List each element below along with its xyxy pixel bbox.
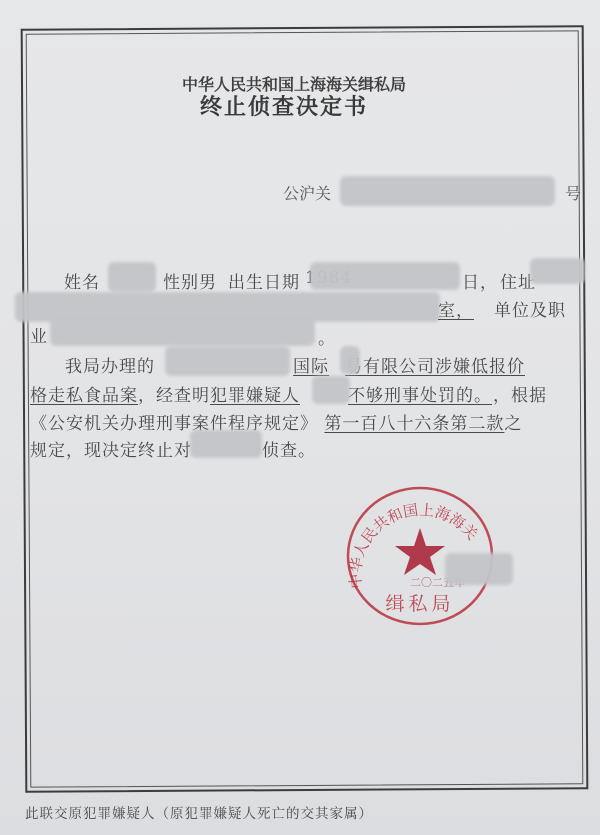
- decision-start: 规定，现决定终止对: [30, 436, 192, 461]
- regulation-ref: 《公安机关办理刑事案件程序规定》 第一百八十六条第二款之: [30, 409, 522, 434]
- redaction-company: [165, 346, 290, 376]
- document-title: 终止侦查决定书: [0, 90, 584, 121]
- name-label: 姓名: [64, 268, 100, 293]
- redaction-suspect: [312, 376, 350, 404]
- according-to: ，根据: [493, 381, 547, 406]
- occupation-prefix: 业: [30, 322, 48, 347]
- conclusion: 不够刑事处罚的。: [348, 381, 492, 406]
- redaction-birthdate: [310, 262, 460, 290]
- document-number-prefix: 公沪关: [283, 181, 331, 204]
- redaction-address-start: [530, 258, 585, 284]
- star-icon: [395, 528, 445, 575]
- redaction-employer: [50, 316, 315, 346]
- para2-line2: 格走私食品案，经查明犯罪嫌疑人: [30, 381, 300, 406]
- para2-start: 我局办理的: [65, 352, 155, 377]
- redaction-suspect-2: [190, 430, 262, 458]
- employer-label: 单位及职: [494, 296, 566, 321]
- footer-note: 此联交原犯罪嫌疑人（原犯罪嫌疑人死亡的交其家属）: [25, 802, 373, 822]
- gender-label: 性别男: [163, 268, 217, 293]
- document-number-suffix: 号: [565, 181, 581, 204]
- redaction-seal-date: [445, 553, 513, 585]
- birth-label: 出生日期: [228, 268, 300, 293]
- seal-bottom-text: 缉私局: [385, 593, 454, 615]
- redaction-company-2: [340, 346, 360, 374]
- room-suffix: 室，: [438, 296, 474, 321]
- company-text: 国际易有限公司涉嫌低报价: [293, 352, 525, 377]
- decision-end: 侦查。: [262, 436, 316, 461]
- day-suffix: 日，: [462, 268, 498, 293]
- redaction-name: [108, 262, 156, 292]
- period: 。: [318, 324, 336, 349]
- redaction-doc-number: [340, 176, 555, 206]
